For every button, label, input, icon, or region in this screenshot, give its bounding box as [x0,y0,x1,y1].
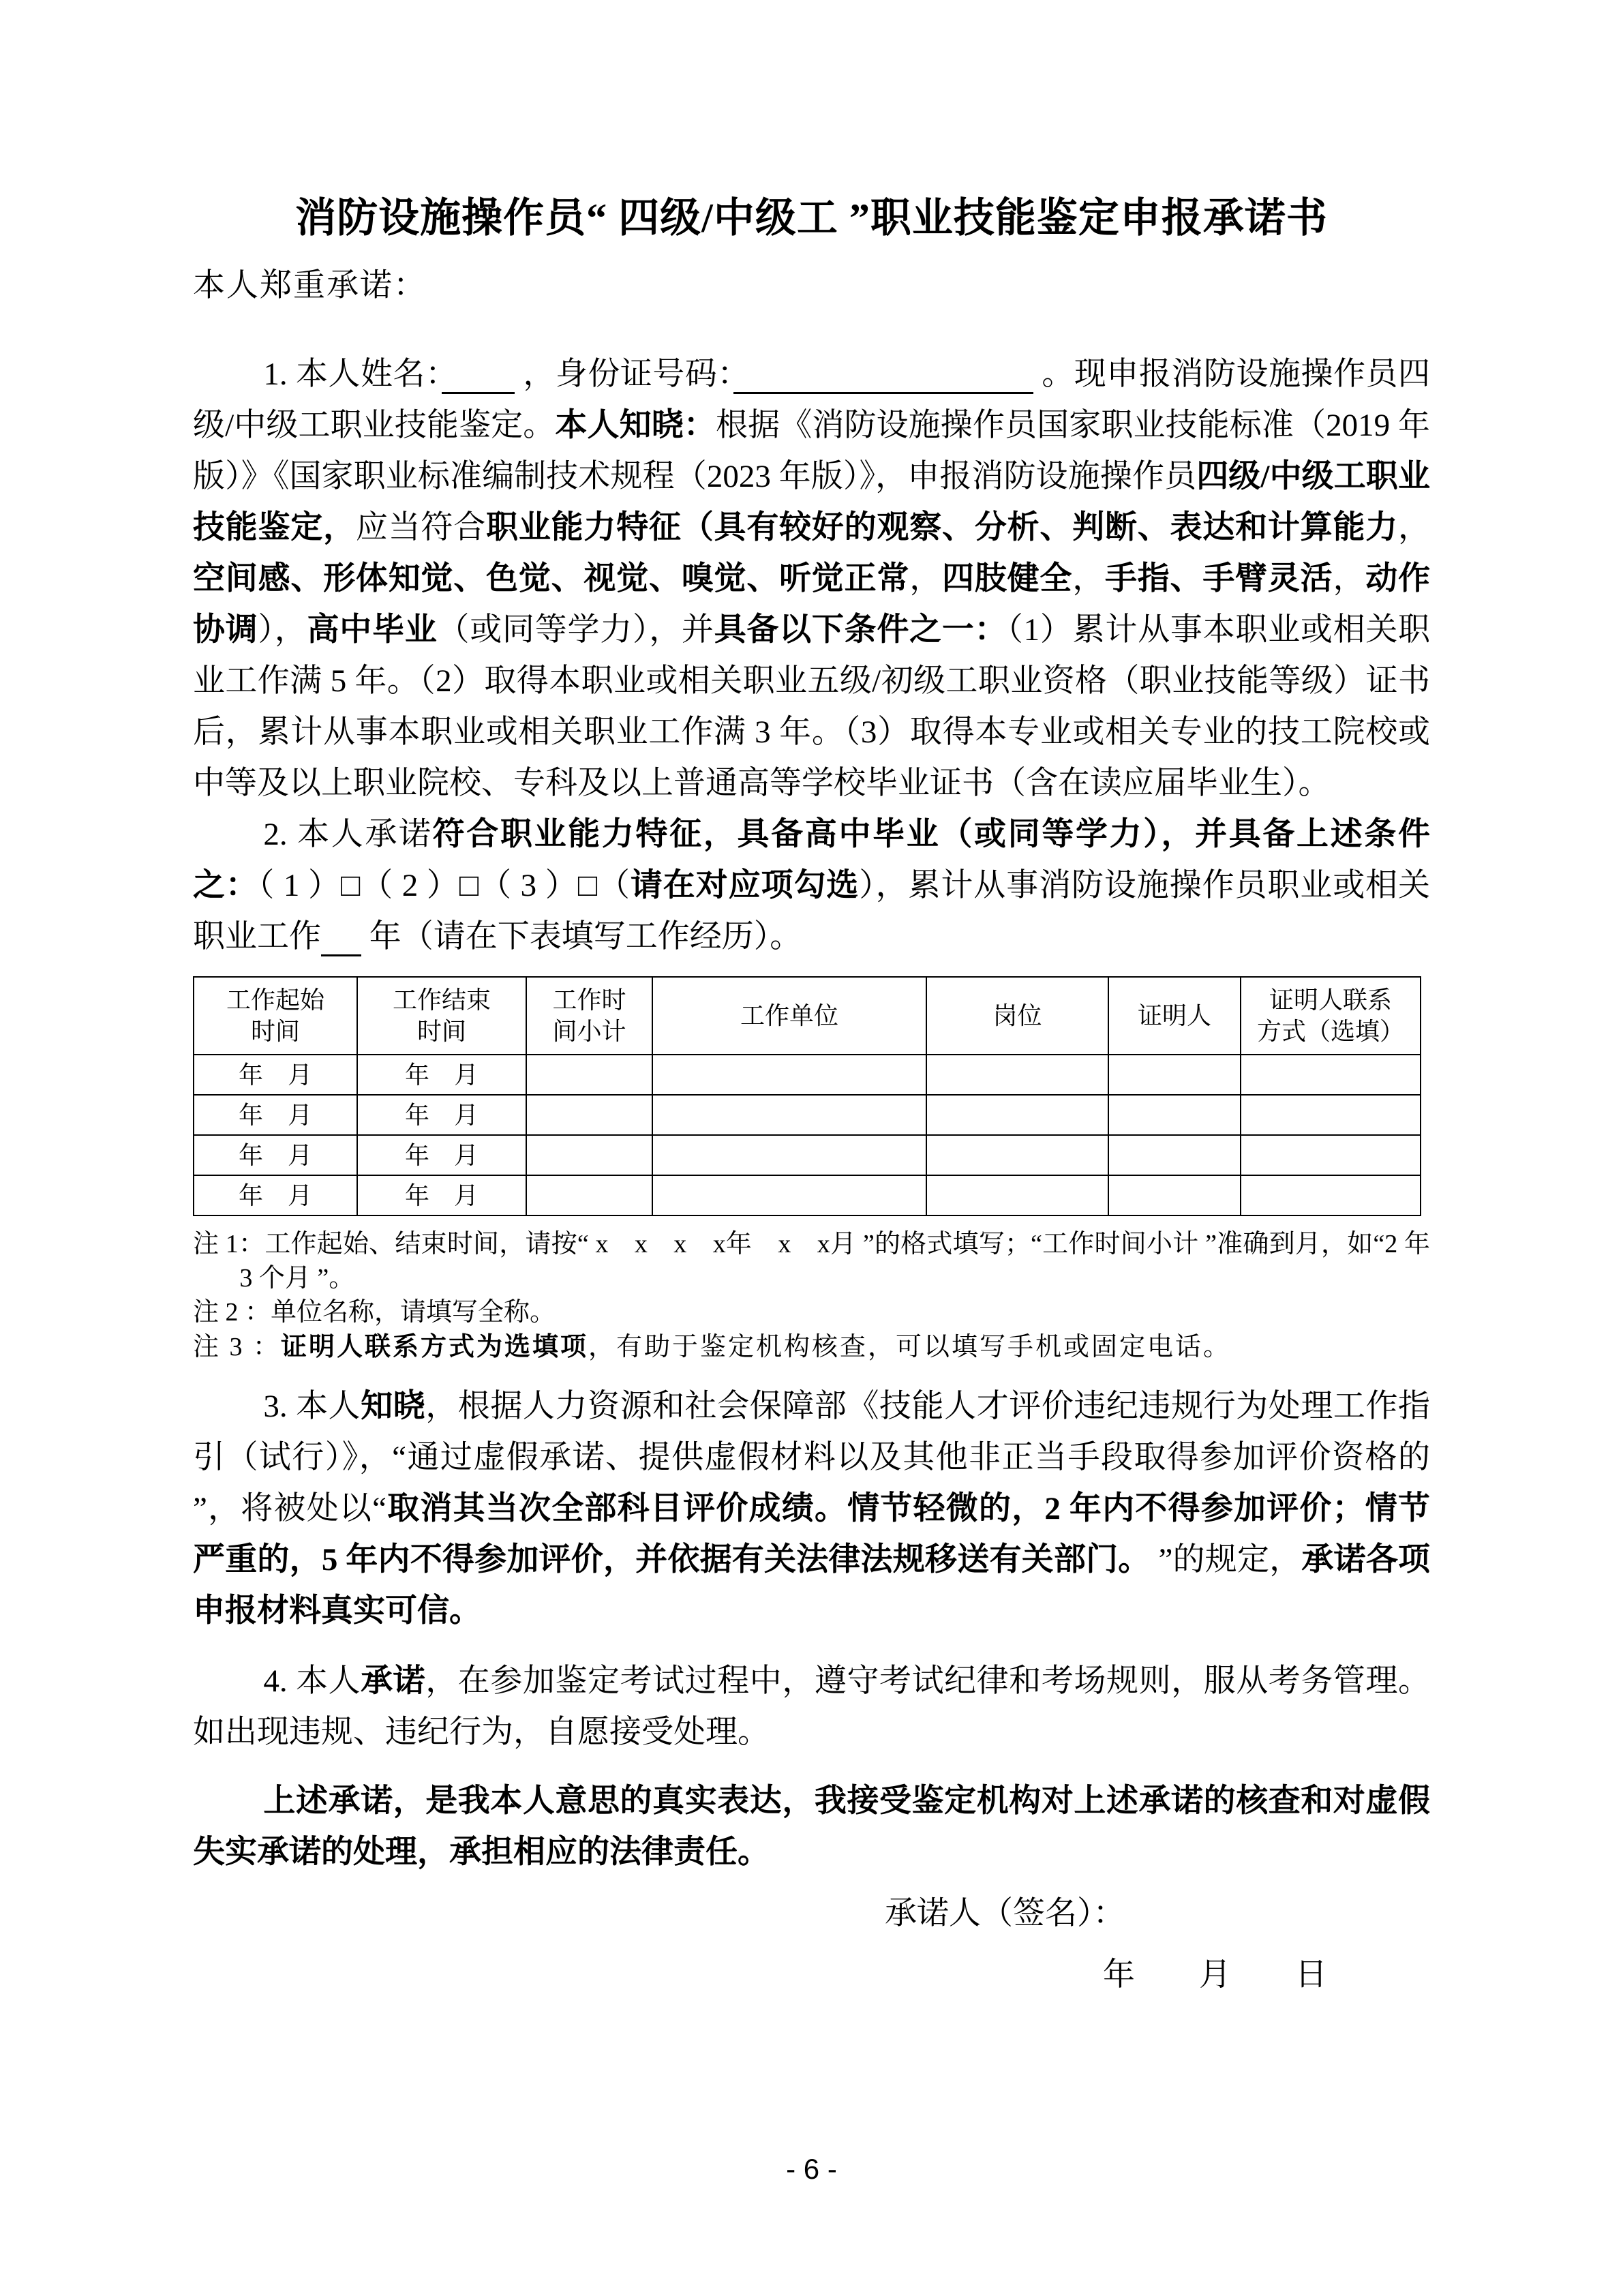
note-1: 注 1：工作起始、结束时间，请按“ x x x x年 x x月 ”的格式填写；“… [193,1227,1430,1295]
cell-reference-contact [1241,1055,1421,1095]
paragraph-4-exam-discipline: 4. 本人承诺，在参加鉴定考试过程中，遵守考试纪律和考场规则，服从考务管理。如出… [193,1656,1430,1758]
cell-duration [526,1095,652,1135]
intro-line: 本人郑重承诺： [193,263,1430,308]
table-row: 年 月 年 月 [194,1175,1421,1215]
cell-reference [1108,1055,1241,1095]
cell-employer [652,1095,926,1135]
col-header-duration-subtotal: 工作时 间小计 [526,977,652,1055]
cell-start-time: 年 月 [194,1175,357,1215]
cell-start-time: 年 月 [194,1135,357,1175]
cell-employer [652,1175,926,1215]
signature-line: 承诺人（签名）： [885,1893,1430,1934]
cell-position [926,1175,1108,1215]
cell-employer [652,1135,926,1175]
col-header-employer: 工作单位 [652,977,926,1055]
cell-position [926,1095,1108,1135]
cell-end-time: 年 月 [357,1175,526,1215]
cell-employer [652,1055,926,1095]
col-header-start-time: 工作起始 时间 [194,977,357,1055]
col-header-reference-contact: 证明人联系 方式（选填） [1241,977,1421,1055]
paragraph-1-eligibility: 1. 本人姓名： ，身份证号码： 。现申报消防设施操作员四级/中级工职业技能鉴定… [193,349,1430,809]
note-3: 注 3 ：证明人联系方式为选填项，有助于鉴定机构核查，可以填写手机或固定电话。 [193,1329,1430,1365]
table-notes: 注 1：工作起始、结束时间，请按“ x x x x年 x x月 ”的格式填写；“… [193,1227,1430,1365]
cell-reference [1108,1095,1241,1135]
cell-duration [526,1055,652,1095]
col-header-position: 岗位 [926,977,1108,1055]
paragraph-3-penalty-awareness: 3. 本人知晓，根据人力资源和社会保障部《技能人才评价违纪违规行为处理工作指引（… [193,1381,1430,1637]
note-2: 注 2 ：单位名称，请填写全称。 [193,1295,1430,1329]
cell-end-time: 年 月 [357,1055,526,1095]
table-header-row: 工作起始 时间 工作结束 时间 工作时 间小计 工作单位 岗位 证明人 证明人联… [194,977,1421,1055]
col-header-reference: 证明人 [1108,977,1241,1055]
closing-paragraph: 上述承诺，是我本人意思的真实表达，我接受鉴定机构对上述承诺的核查和对虚假失实承诺… [193,1776,1430,1878]
table-row: 年 月 年 月 [194,1135,1421,1175]
cell-end-time: 年 月 [357,1135,526,1175]
cell-reference-contact [1241,1135,1421,1175]
work-history-table: 工作起始 时间 工作结束 时间 工作时 间小计 工作单位 岗位 证明人 证明人联… [193,976,1421,1216]
document-page: 消防设施操作员“ 四级/中级工 ”职业技能鉴定申报承诺书 本人郑重承诺： 1. … [0,0,1623,2296]
signature-block: 承诺人（签名）： 年 月 日 [193,1893,1430,1995]
cell-duration [526,1135,652,1175]
signature-date-line: 年 月 日 [1103,1954,1430,1995]
cell-reference-contact [1241,1175,1421,1215]
cell-reference-contact [1241,1095,1421,1135]
paragraph-2-commitment-conditions: 2. 本人承诺符合职业能力特征，具备高中毕业（或同等学力），并具备上述条件之：（… [193,809,1430,963]
cell-reference [1108,1175,1241,1215]
table-row: 年 月 年 月 [194,1095,1421,1135]
page-title: 消防设施操作员“ 四级/中级工 ”职业技能鉴定申报承诺书 [193,194,1430,243]
cell-start-time: 年 月 [194,1055,357,1095]
cell-reference [1108,1135,1241,1175]
cell-duration [526,1175,652,1215]
cell-position [926,1135,1108,1175]
cell-start-time: 年 月 [194,1095,357,1135]
table-row: 年 月 年 月 [194,1055,1421,1095]
cell-end-time: 年 月 [357,1095,526,1135]
page-number: - 6 - [0,2153,1623,2186]
cell-position [926,1055,1108,1095]
col-header-end-time: 工作结束 时间 [357,977,526,1055]
